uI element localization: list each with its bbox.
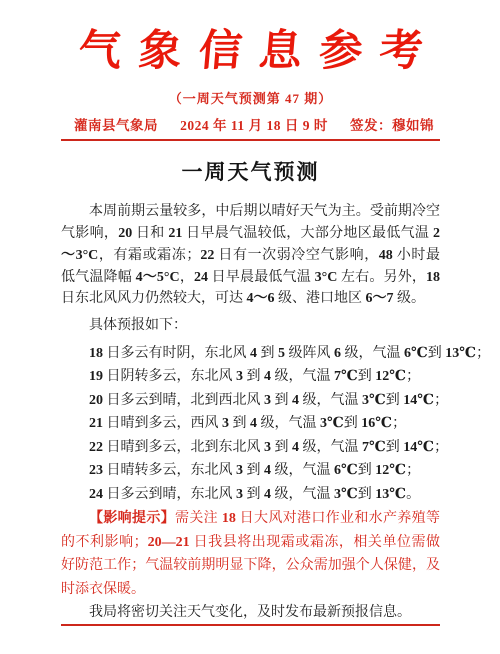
forecast-list: 18 日多云有时阴，东北风 4 到 5 级阵风 6 级，气温 6℃到 13℃； … — [61, 342, 440, 506]
impact-notice: 【影响提示】需关注 18 日大风对港口作业和水产养殖等的不利影响；20—21 日… — [61, 507, 440, 601]
forecast-line-day20: 20 日多云到晴，北到西北风 3 到 4 级，气温 3℃到 14℃； — [61, 389, 440, 412]
agency-name: 灌南县气象局 — [74, 114, 158, 134]
header-info-row: 灌南县气象局 2024 年 11 月 18 日 9 时 签发：穆如锦 — [61, 114, 440, 134]
closing-paragraph: 我局将密切关注天气变化，及时发布最新预报信息。 — [61, 603, 440, 622]
masthead-title: 气象信息参考 — [59, 28, 442, 75]
issue-number-line: （一周天气预测第 47 期） — [61, 88, 440, 107]
weather-bulletin-page: 气象信息参考 （一周天气预测第 47 期） 灌南县气象局 2024 年 11 月… — [0, 0, 500, 654]
footer-divider — [61, 624, 440, 626]
document-title: 一周天气预测 — [61, 156, 440, 186]
overview-paragraph: 本周前期云量较多，中后期以晴好天气为主。受前期冷空气影响，20 日和 21 日早… — [61, 201, 440, 310]
forecast-line-day18: 18 日多云有时阴，东北风 4 到 5 级阵风 6 级，气温 6℃到 13℃； — [61, 342, 440, 365]
forecast-line-day24: 24 日多云到晴，东北风 3 到 4 级，气温 3℃到 13℃。 — [61, 483, 440, 506]
impact-notice-label: 【影响提示】 — [89, 511, 175, 526]
forecast-line-day21: 21 日晴到多云，西风 3 到 4 级，气温 3℃到 16℃； — [61, 412, 440, 435]
forecast-line-day23: 23 日晴转多云，东北风 3 到 4 级，气温 6℃到 12℃； — [61, 459, 440, 482]
header-divider — [61, 139, 440, 141]
forecast-line-day19: 19 日阴转多云，东北风 3 到 4 级，气温 7℃到 12℃； — [61, 365, 440, 388]
issuer-signature: 签发：穆如锦 — [350, 114, 434, 134]
forecast-leadin: 具体预报如下： — [61, 315, 440, 337]
issue-datetime: 2024 年 11 月 18 日 9 时 — [180, 114, 328, 134]
forecast-line-day22: 22 日晴到多云，北到东北风 3 到 4 级，气温 7℃到 14℃； — [61, 436, 440, 459]
